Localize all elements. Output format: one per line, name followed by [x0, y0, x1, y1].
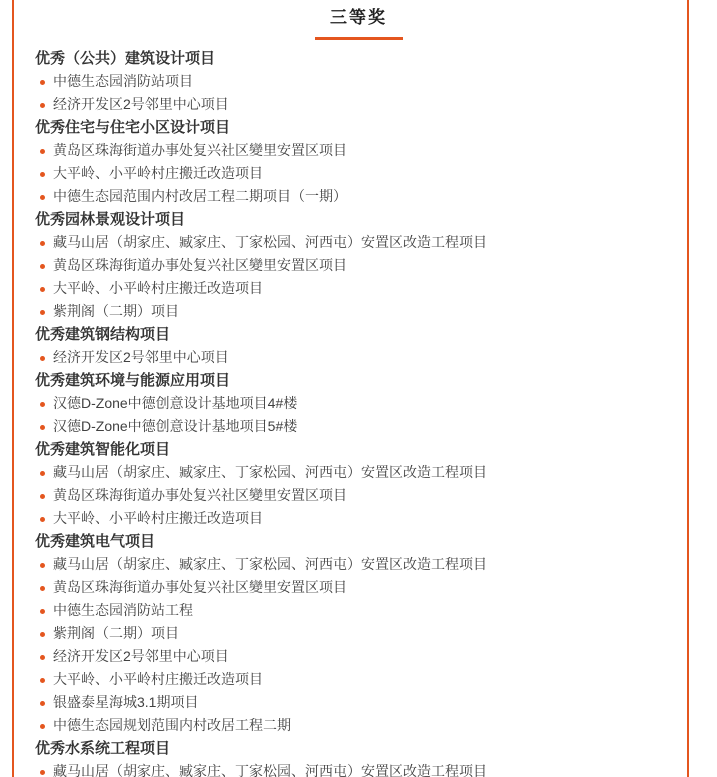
bullet-icon — [40, 724, 45, 729]
bullet-icon — [40, 310, 45, 315]
list-item: 中德生态园消防站工程 — [35, 599, 697, 622]
list-item-label: 中德生态园范围内村改居工程二期项目（一期） — [53, 185, 347, 208]
list-item-label: 藏马山居（胡家庄、臧家庄、丁家松园、河西屯）安置区改造工程项目 — [53, 553, 487, 576]
bullet-icon — [40, 678, 45, 683]
list-item-label: 黄岛区珠海街道办事处复兴社区變里安置区项目 — [53, 484, 347, 507]
bullet-icon — [40, 425, 45, 430]
page-title: 三等奖 — [330, 7, 387, 29]
list-item: 大平岭、小平岭村庄搬迁改造项目 — [35, 507, 697, 530]
list-item-label: 大平岭、小平岭村庄搬迁改造项目 — [53, 507, 263, 530]
list-item: 藏马山居（胡家庄、臧家庄、丁家松园、河西屯）安置区改造工程项目 — [35, 553, 697, 576]
right-border-line — [687, 0, 689, 777]
list-item-label: 经济开发区2号邻里中心项目 — [53, 346, 229, 369]
bullet-icon — [40, 517, 45, 522]
list-item: 经济开发区2号邻里中心项目 — [35, 645, 697, 668]
list-item: 中德生态园消防站项目 — [35, 70, 697, 93]
section-heading: 优秀（公共）建筑设计项目 — [35, 47, 697, 70]
list-item: 紫荆阁（二期）项目 — [35, 300, 697, 323]
list-item: 大平岭、小平岭村庄搬迁改造项目 — [35, 162, 697, 185]
bullet-icon — [40, 149, 45, 154]
list-item: 藏马山居（胡家庄、臧家庄、丁家松园、河西屯）安置区改造工程项目 — [35, 461, 697, 484]
bullet-icon — [40, 356, 45, 361]
bullet-icon — [40, 103, 45, 108]
list-item-label: 银盛泰星海城3.1期项目 — [53, 691, 198, 714]
bullet-icon — [40, 172, 45, 177]
list-item-label: 紫荆阁（二期）项目 — [53, 300, 179, 323]
list-item: 藏马山居（胡家庄、臧家庄、丁家松园、河西屯）安置区改造工程项目 — [35, 760, 697, 777]
title-underline — [315, 37, 403, 40]
list-item: 经济开发区2号邻里中心项目 — [35, 93, 697, 116]
bullet-icon — [40, 701, 45, 706]
section-heading: 优秀建筑电气项目 — [35, 530, 697, 553]
list-item-label: 汉德D-Zone中德创意设计基地项目4#楼 — [53, 392, 297, 415]
list-item-label: 中德生态园消防站项目 — [53, 70, 193, 93]
section-heading: 优秀建筑环境与能源应用项目 — [35, 369, 697, 392]
list-item: 黄岛区珠海街道办事处复兴社区變里安置区项目 — [35, 484, 697, 507]
section-heading: 优秀水系统工程项目 — [35, 737, 697, 760]
list-item-label: 经济开发区2号邻里中心项目 — [53, 93, 229, 116]
list-item: 银盛泰星海城3.1期项目 — [35, 691, 697, 714]
list-item: 藏马山居（胡家庄、臧家庄、丁家松园、河西屯）安置区改造工程项目 — [35, 231, 697, 254]
bullet-icon — [40, 241, 45, 246]
award-list: 优秀（公共）建筑设计项目中德生态园消防站项目经济开发区2号邻里中心项目优秀住宅与… — [35, 47, 697, 777]
list-item-label: 中德生态园规划范围内村改居工程二期 — [53, 714, 291, 737]
list-item-label: 大平岭、小平岭村庄搬迁改造项目 — [53, 277, 263, 300]
bullet-icon — [40, 655, 45, 660]
bullet-icon — [40, 563, 45, 568]
list-item-label: 汉德D-Zone中德创意设计基地项目5#楼 — [53, 415, 297, 438]
list-item-label: 黄岛区珠海街道办事处复兴社区變里安置区项目 — [53, 576, 347, 599]
list-item: 大平岭、小平岭村庄搬迁改造项目 — [35, 668, 697, 691]
bullet-icon — [40, 402, 45, 407]
list-item-label: 藏马山居（胡家庄、臧家庄、丁家松园、河西屯）安置区改造工程项目 — [53, 461, 487, 484]
list-item: 汉德D-Zone中德创意设计基地项目5#楼 — [35, 415, 697, 438]
bullet-icon — [40, 586, 45, 591]
list-item-label: 经济开发区2号邻里中心项目 — [53, 645, 229, 668]
list-item-label: 中德生态园消防站工程 — [53, 599, 193, 622]
left-border-line — [12, 0, 14, 777]
section-heading: 优秀住宅与住宅小区设计项目 — [35, 116, 697, 139]
list-item-label: 大平岭、小平岭村庄搬迁改造项目 — [53, 162, 263, 185]
list-item: 汉德D-Zone中德创意设计基地项目4#楼 — [35, 392, 697, 415]
bullet-icon — [40, 195, 45, 200]
bullet-icon — [40, 264, 45, 269]
bullet-icon — [40, 632, 45, 637]
list-item: 黄岛区珠海街道办事处复兴社区變里安置区项目 — [35, 254, 697, 277]
list-item: 中德生态园范围内村改居工程二期项目（一期） — [35, 185, 697, 208]
bullet-icon — [40, 770, 45, 775]
section-heading: 优秀园林景观设计项目 — [35, 208, 697, 231]
list-item-label: 藏马山居（胡家庄、臧家庄、丁家松园、河西屯）安置区改造工程项目 — [53, 231, 487, 254]
section-heading: 优秀建筑智能化项目 — [35, 438, 697, 461]
bullet-icon — [40, 609, 45, 614]
list-item: 大平岭、小平岭村庄搬迁改造项目 — [35, 277, 697, 300]
bullet-icon — [40, 494, 45, 499]
list-item-label: 藏马山居（胡家庄、臧家庄、丁家松园、河西屯）安置区改造工程项目 — [53, 760, 487, 777]
list-item: 中德生态园规划范围内村改居工程二期 — [35, 714, 697, 737]
bullet-icon — [40, 80, 45, 85]
list-item-label: 黄岛区珠海街道办事处复兴社区變里安置区项目 — [53, 139, 347, 162]
list-item-label: 紫荆阁（二期）项目 — [53, 622, 179, 645]
list-item: 紫荆阁（二期）项目 — [35, 622, 697, 645]
list-item: 经济开发区2号邻里中心项目 — [35, 346, 697, 369]
list-item-label: 黄岛区珠海街道办事处复兴社区變里安置区项目 — [53, 254, 347, 277]
bullet-icon — [40, 287, 45, 292]
section-heading: 优秀建筑钢结构项目 — [35, 323, 697, 346]
list-item: 黄岛区珠海街道办事处复兴社区變里安置区项目 — [35, 139, 697, 162]
bullet-icon — [40, 471, 45, 476]
list-item-label: 大平岭、小平岭村庄搬迁改造项目 — [53, 668, 263, 691]
title-block: 三等奖 — [0, 0, 717, 40]
list-item: 黄岛区珠海街道办事处复兴社区變里安置区项目 — [35, 576, 697, 599]
